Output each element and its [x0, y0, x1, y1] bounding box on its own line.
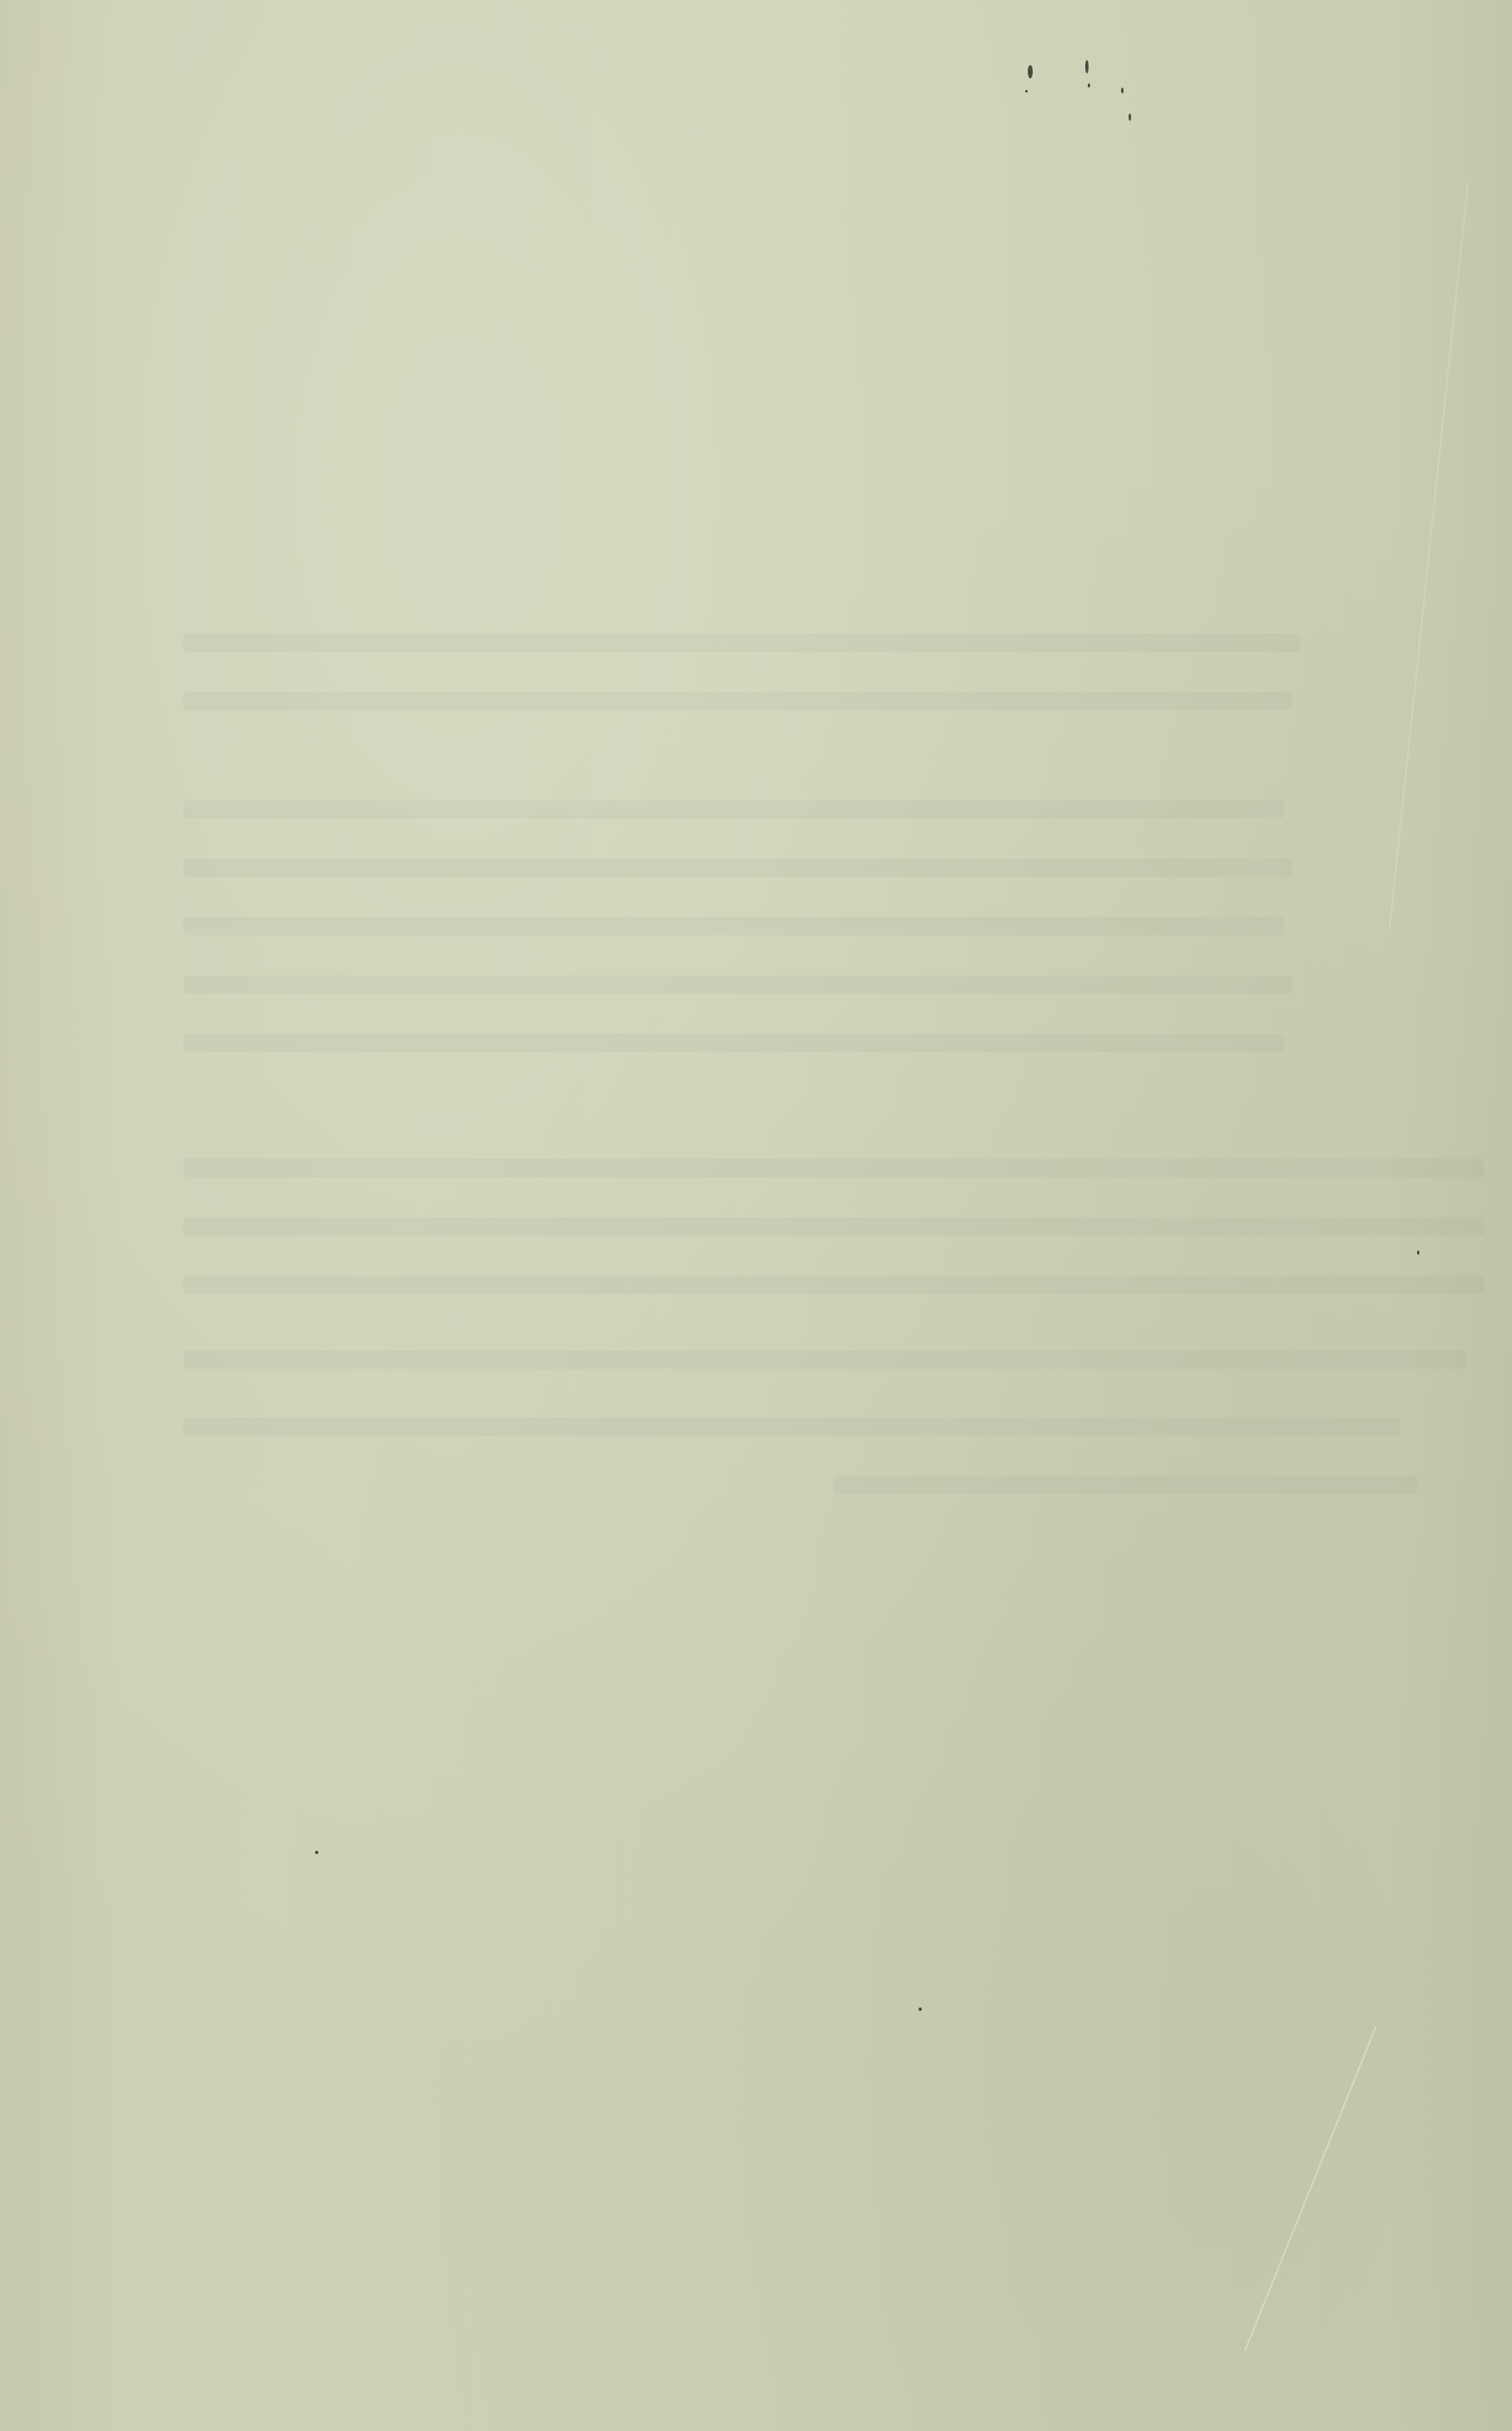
- show-through-line: [183, 800, 1284, 819]
- show-through-line: [183, 975, 1292, 994]
- blank-page: [0, 0, 1512, 2431]
- show-through-line: [183, 1217, 1484, 1236]
- ink-speck: [1417, 1251, 1419, 1255]
- paper-crease: [1244, 2026, 1377, 2351]
- ink-speck: [1085, 60, 1089, 73]
- show-through-line: [183, 1417, 1400, 1436]
- paper-crease: [1389, 183, 1469, 930]
- ink-speck: [1025, 90, 1028, 93]
- show-through-line: [183, 917, 1284, 935]
- ink-speck: [315, 1851, 318, 1854]
- show-through-line: [183, 692, 1292, 710]
- show-through-line: [183, 859, 1292, 877]
- show-through-line: [834, 1476, 1417, 1494]
- ink-speck: [1028, 65, 1033, 78]
- show-through-line: [183, 1351, 1467, 1369]
- show-through-line: [183, 1034, 1284, 1052]
- ink-speck: [919, 2007, 922, 2011]
- show-through-line: [183, 1159, 1484, 1177]
- ink-speck: [1121, 88, 1124, 93]
- ink-speck: [1129, 113, 1131, 121]
- show-through-line: [183, 1276, 1484, 1294]
- show-through-line: [183, 634, 1300, 652]
- ink-speck: [1088, 83, 1090, 88]
